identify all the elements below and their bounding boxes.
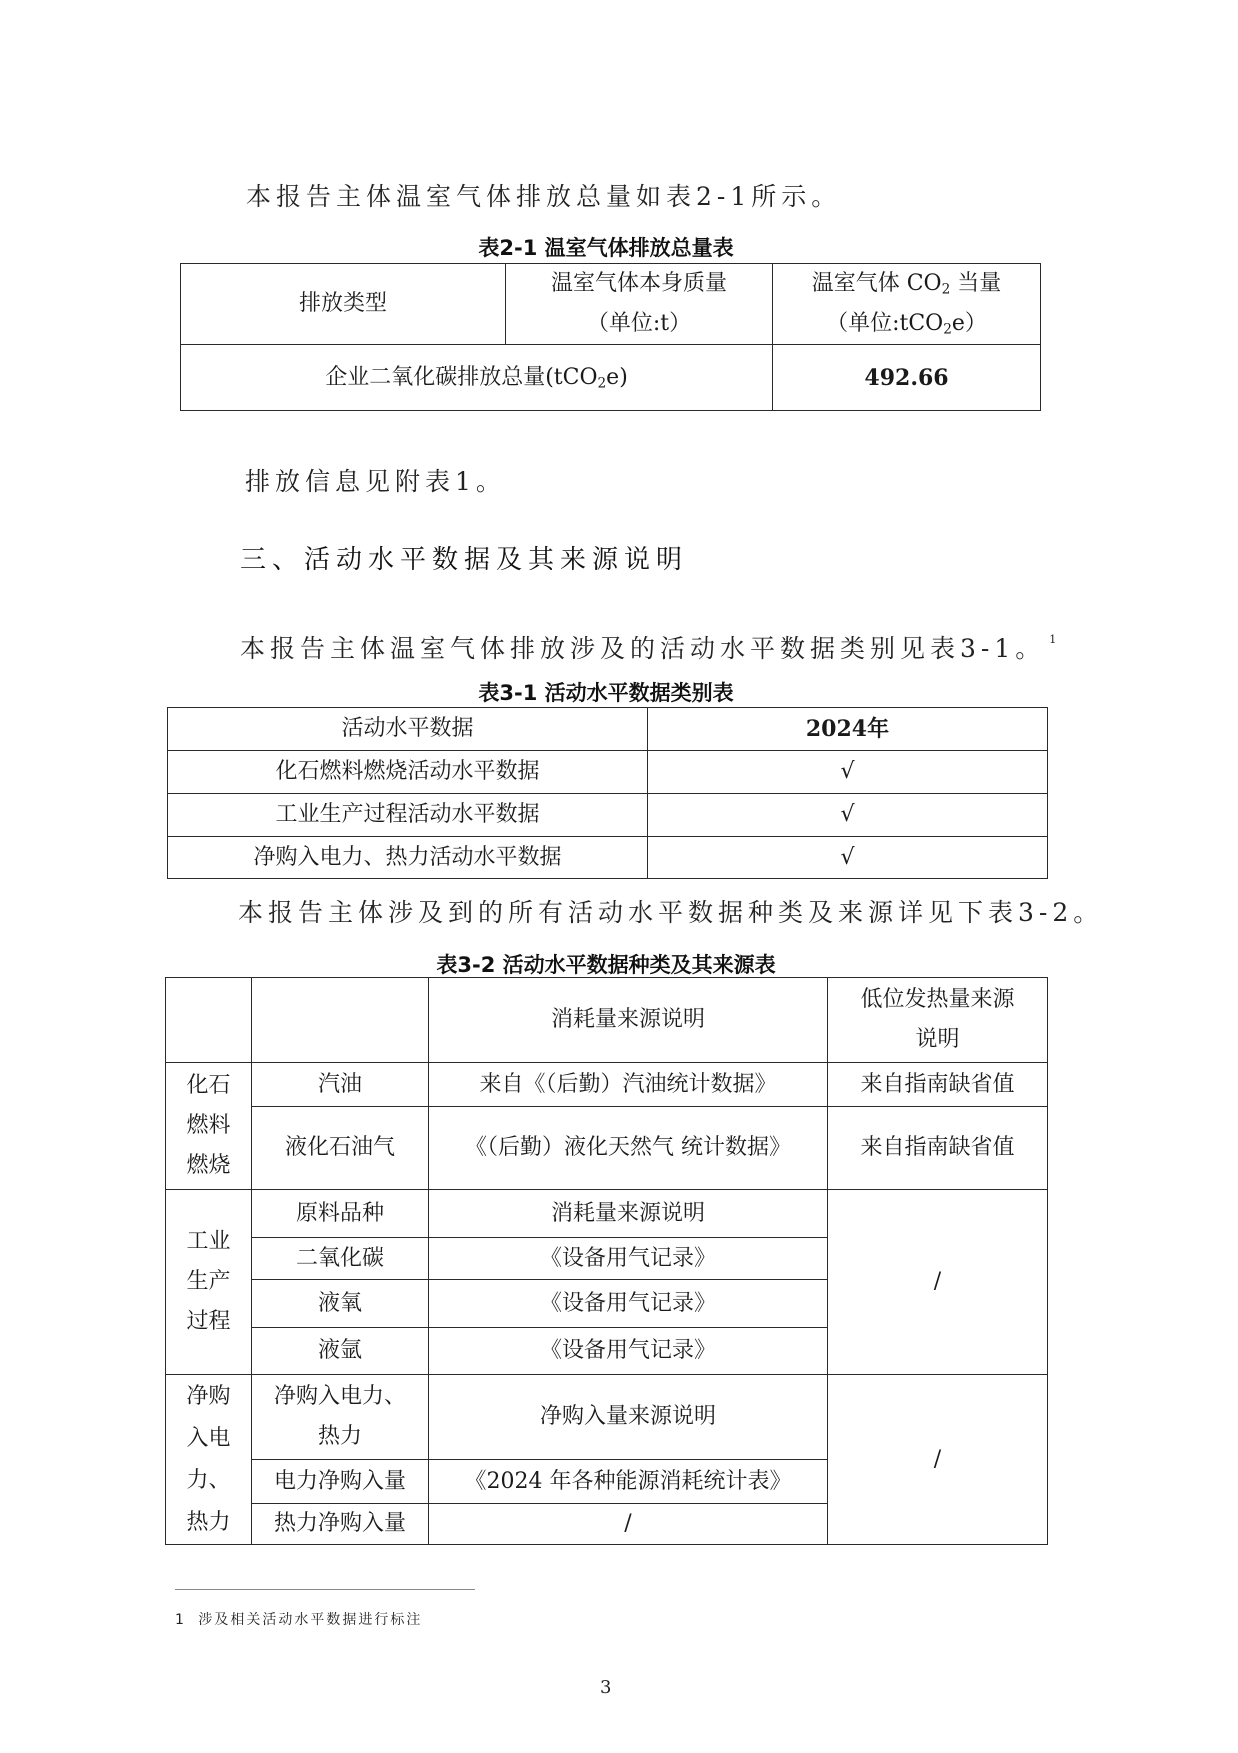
item-liquid-argon: 液氩	[252, 1328, 429, 1375]
table-header-row: 排放类型 温室气体本身质量 （单位:t） 温室气体 CO2 当量 （单位:tCO…	[181, 264, 1041, 345]
item-co2: 二氧化碳	[252, 1238, 429, 1280]
intro-paragraph-table-3-2: 本报告主体涉及到的所有活动水平数据种类及来源详见下表3-2。	[238, 897, 1103, 929]
item-raw-material: 原料品种	[252, 1190, 429, 1238]
footnote-number: 1	[175, 1612, 186, 1628]
footnote-separator	[175, 1589, 475, 1590]
header-empty-2	[252, 978, 429, 1063]
footnote-reference[interactable]: 1	[1049, 633, 1056, 646]
table-3-2-activity-sources: 消耗量来源说明 低位发热量来源说明 化石燃料燃烧 汽油 来自《（后勤）汽油统计数…	[165, 977, 1048, 1545]
section-3-heading: 三、活动水平数据及其来源说明	[240, 543, 688, 577]
ncv-lpg: 来自指南缺省值	[828, 1107, 1048, 1190]
item-electricity: 电力净购入量	[252, 1460, 429, 1504]
item-net-purchase: 净购入电力、热力	[252, 1375, 429, 1460]
table-3-1-caption: 表3-1 活动水平数据类别表	[0, 679, 1212, 707]
group-label-process: 工业生产过程	[166, 1190, 252, 1375]
header-consumption-source: 消耗量来源说明	[429, 978, 828, 1063]
header-gas-mass: 温室气体本身质量 （单位:t）	[506, 264, 773, 345]
row-label: 工业生产过程活动水平数据	[168, 794, 648, 837]
header-activity-data: 活动水平数据	[168, 708, 648, 751]
check-mark: √	[648, 837, 1048, 879]
table-2-1-emission-totals: 排放类型 温室气体本身质量 （单位:t） 温室气体 CO2 当量 （单位:tCO…	[180, 263, 1041, 411]
header-year: 2024年	[648, 708, 1048, 751]
item-liquid-oxygen: 液氧	[252, 1280, 429, 1328]
table-row: 工业生产过程 原料品种 消耗量来源说明 /	[166, 1190, 1048, 1238]
check-mark: √	[648, 751, 1048, 794]
source-electricity: 《2024 年各种能源消耗统计表》	[429, 1460, 828, 1504]
intro-paragraph-table-3-1: 本报告主体温室气体排放涉及的活动水平数据类别见表3-1。1	[240, 624, 1056, 665]
page-number: 3	[600, 1677, 611, 1698]
table-row: 液化石油气 《（后勤）液化天然气 统计数据》 来自指南缺省值	[166, 1107, 1048, 1190]
total-emission-label: 企业二氧化碳排放总量(tCO2e)	[181, 345, 773, 411]
table-header-row: 活动水平数据 2024年	[168, 708, 1048, 751]
table-row: 化石燃料燃烧 汽油 来自《（后勤）汽油统计数据》 来自指南缺省值	[166, 1063, 1048, 1107]
item-lpg: 液化石油气	[252, 1107, 429, 1190]
source-gasoline: 来自《（后勤）汽油统计数据》	[429, 1063, 828, 1107]
check-mark: √	[648, 794, 1048, 837]
source-liquid-oxygen: 《设备用气记录》	[429, 1280, 828, 1328]
table-header-row: 消耗量来源说明 低位发热量来源说明	[166, 978, 1048, 1063]
ncv-purchase: /	[828, 1375, 1048, 1545]
source-co2: 《设备用气记录》	[429, 1238, 828, 1280]
intro-paragraph-table-2-1: 本报告主体温室气体排放总量如表2-1所示。	[246, 181, 841, 213]
item-gasoline: 汽油	[252, 1063, 429, 1107]
table-3-1-activity-categories: 活动水平数据 2024年 化石燃料燃烧活动水平数据 √ 工业生产过程活动水平数据…	[167, 707, 1048, 879]
total-emission-value: 492.66	[773, 345, 1041, 411]
table-row: 化石燃料燃烧活动水平数据 √	[168, 751, 1048, 794]
header-empty-1	[166, 978, 252, 1063]
source-net-purchase: 净购入量来源说明	[429, 1375, 828, 1460]
table-row: 工业生产过程活动水平数据 √	[168, 794, 1048, 837]
header-co2-equivalent: 温室气体 CO2 当量 （单位:tCO2e）	[773, 264, 1041, 345]
table-2-1-caption: 表2-1 温室气体排放总量表	[0, 234, 1212, 262]
table-row: 净购入电力、热力 净购入电力、热力 净购入量来源说明 /	[166, 1375, 1048, 1460]
table-row: 净购入电力、热力活动水平数据 √	[168, 837, 1048, 879]
source-lpg: 《（后勤）液化天然气 统计数据》	[429, 1107, 828, 1190]
header-ncv-source: 低位发热量来源说明	[828, 978, 1048, 1063]
source-heat: /	[429, 1504, 828, 1545]
source-raw-material: 消耗量来源说明	[429, 1190, 828, 1238]
table-row-total: 企业二氧化碳排放总量(tCO2e) 492.66	[181, 345, 1041, 411]
group-label-fossil: 化石燃料燃烧	[166, 1063, 252, 1190]
attachment-note: 排放信息见附表1。	[245, 466, 506, 498]
header-emission-type: 排放类型	[181, 264, 506, 345]
ncv-gasoline: 来自指南缺省值	[828, 1063, 1048, 1107]
item-heat: 热力净购入量	[252, 1504, 429, 1545]
group-label-purchase: 净购入电力、热力	[166, 1375, 252, 1545]
row-label: 化石燃料燃烧活动水平数据	[168, 751, 648, 794]
row-label: 净购入电力、热力活动水平数据	[168, 837, 648, 879]
ncv-process: /	[828, 1190, 1048, 1375]
footnote-text: 涉及相关活动水平数据进行标注	[198, 1612, 422, 1628]
footnote: 1 涉及相关活动水平数据进行标注	[175, 1609, 422, 1629]
source-liquid-argon: 《设备用气记录》	[429, 1328, 828, 1375]
table-3-2-caption: 表3-2 活动水平数据种类及其来源表	[0, 951, 1212, 979]
